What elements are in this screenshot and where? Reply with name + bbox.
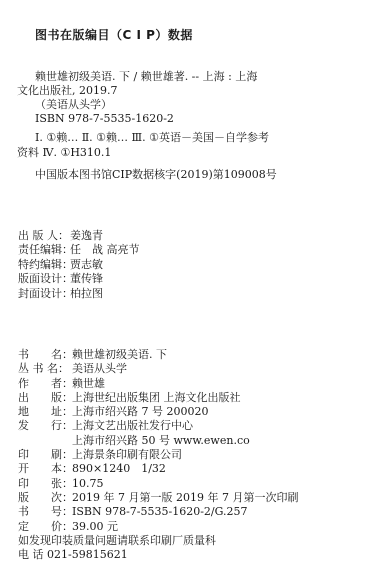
credits-block: 出 版 人：姜逸青 责任编辑：任 战 高亮节 特约编辑：贾志敏 版面设计：董传锋…	[18, 229, 140, 301]
cip-entry-line2: 文化出版社, 2019.7	[17, 84, 117, 98]
cip-record-number: 中国版本图书馆CIP数据核字(2019)第109008号	[35, 168, 277, 182]
credit-value: 姜逸青	[70, 229, 103, 243]
colophon-row: 发 行：上海文艺出版社发行中心	[18, 419, 298, 433]
colophon-value: 上海市绍兴路 50 号 www.ewen.co	[72, 434, 250, 448]
colophon-value: 美语从头学	[72, 362, 127, 376]
quality-notice: 如发现印装质量问题请联系印刷厂质量科	[18, 534, 298, 548]
cip-subject-line2: 资料 Ⅳ. ①H310.1	[17, 146, 111, 160]
colophon-row: 印 张：10.75	[18, 477, 298, 491]
colophon-value: 赖世雄	[72, 377, 105, 391]
colophon-label: 丛 书 名：	[18, 362, 72, 376]
colophon-row: 定 价：39.00 元	[18, 520, 298, 534]
credit-label: 责任编辑：	[18, 243, 70, 257]
colophon-row: 开 本：890×1240 1/32	[18, 462, 298, 476]
colophon-label: 书 号：	[18, 505, 72, 519]
colophon-value: 上海景条印刷有限公司	[72, 448, 182, 462]
cip-subject-line1: Ⅰ. ①赖… Ⅱ. ①赖… Ⅲ. ①英语－美国－自学参考	[35, 131, 269, 145]
credit-label: 出 版 人：	[18, 229, 70, 243]
colophon-row: 作 者：赖世雄	[18, 377, 298, 391]
colophon-label: 作 者：	[18, 377, 72, 391]
colophon-value: 上海文艺出版社发行中心	[72, 419, 193, 433]
credit-value: 任 战 高亮节	[70, 243, 140, 257]
colophon-block: 书 名：赖世雄初级美语. 下 丛 书 名：美语从头学 作 者：赖世雄 出 版：上…	[18, 348, 298, 562]
colophon-label: 发 行：	[18, 419, 72, 433]
credit-value: 贾志敏	[70, 258, 103, 272]
colophon-row: 印 刷：上海景条印刷有限公司	[18, 448, 298, 462]
colophon-row: 上海市绍兴路 50 号 www.ewen.co	[18, 434, 298, 448]
credit-label: 封面设计：	[18, 287, 70, 301]
colophon-row: 出 版：上海世纪出版集团 上海文化出版社	[18, 391, 298, 405]
cip-title: 图书在版编目（C I P）数据	[35, 26, 193, 43]
colophon-label: 出 版：	[18, 391, 72, 405]
colophon-label: 书 名：	[18, 348, 72, 362]
colophon-label: 印 刷：	[18, 448, 72, 462]
credit-row: 责任编辑：任 战 高亮节	[18, 243, 140, 257]
colophon-value: 上海市绍兴路 7 号 200020	[72, 405, 208, 419]
credit-label: 版面设计：	[18, 272, 70, 286]
colophon-row: 书 号：ISBN 978-7-5535-1620-2/G.257	[18, 505, 298, 519]
colophon-label: 定 价：	[18, 520, 72, 534]
colophon-label: 版 次：	[18, 491, 72, 505]
colophon-label: 印 张：	[18, 477, 72, 491]
cip-series: （美语从头学）	[35, 98, 112, 112]
credit-value: 柏拉图	[70, 287, 103, 301]
colophon-value: 上海世纪出版集团 上海文化出版社	[72, 391, 241, 405]
colophon-value: 10.75	[72, 477, 104, 491]
colophon-label	[18, 434, 72, 448]
colophon-row: 丛 书 名：美语从头学	[18, 362, 298, 376]
phone-number: 电 话 021-59815621	[18, 548, 298, 562]
cip-entry-line1: 赖世雄初级美语. 下 / 赖世雄著. -- 上海 : 上海	[35, 70, 257, 84]
colophon-label: 开 本：	[18, 462, 72, 476]
colophon-value: 赖世雄初级美语. 下	[72, 348, 167, 362]
credit-row: 特约编辑：贾志敏	[18, 258, 140, 272]
colophon-row: 地 址：上海市绍兴路 7 号 200020	[18, 405, 298, 419]
colophon-label: 地 址：	[18, 405, 72, 419]
colophon-value: 890×1240 1/32	[72, 462, 166, 476]
colophon-value: 39.00 元	[72, 520, 118, 534]
colophon-row: 版 次：2019 年 7 月第一版 2019 年 7 月第一次印刷	[18, 491, 298, 505]
colophon-row: 书 名：赖世雄初级美语. 下	[18, 348, 298, 362]
credit-row: 出 版 人：姜逸青	[18, 229, 140, 243]
cip-isbn: ISBN 978-7-5535-1620-2	[35, 112, 174, 126]
credit-label: 特约编辑：	[18, 258, 70, 272]
credit-row: 封面设计：柏拉图	[18, 287, 140, 301]
colophon-value: 2019 年 7 月第一版 2019 年 7 月第一次印刷	[72, 491, 298, 505]
credit-value: 董传锋	[70, 272, 103, 286]
credit-row: 版面设计：董传锋	[18, 272, 140, 286]
colophon-value: ISBN 978-7-5535-1620-2/G.257	[72, 505, 248, 519]
